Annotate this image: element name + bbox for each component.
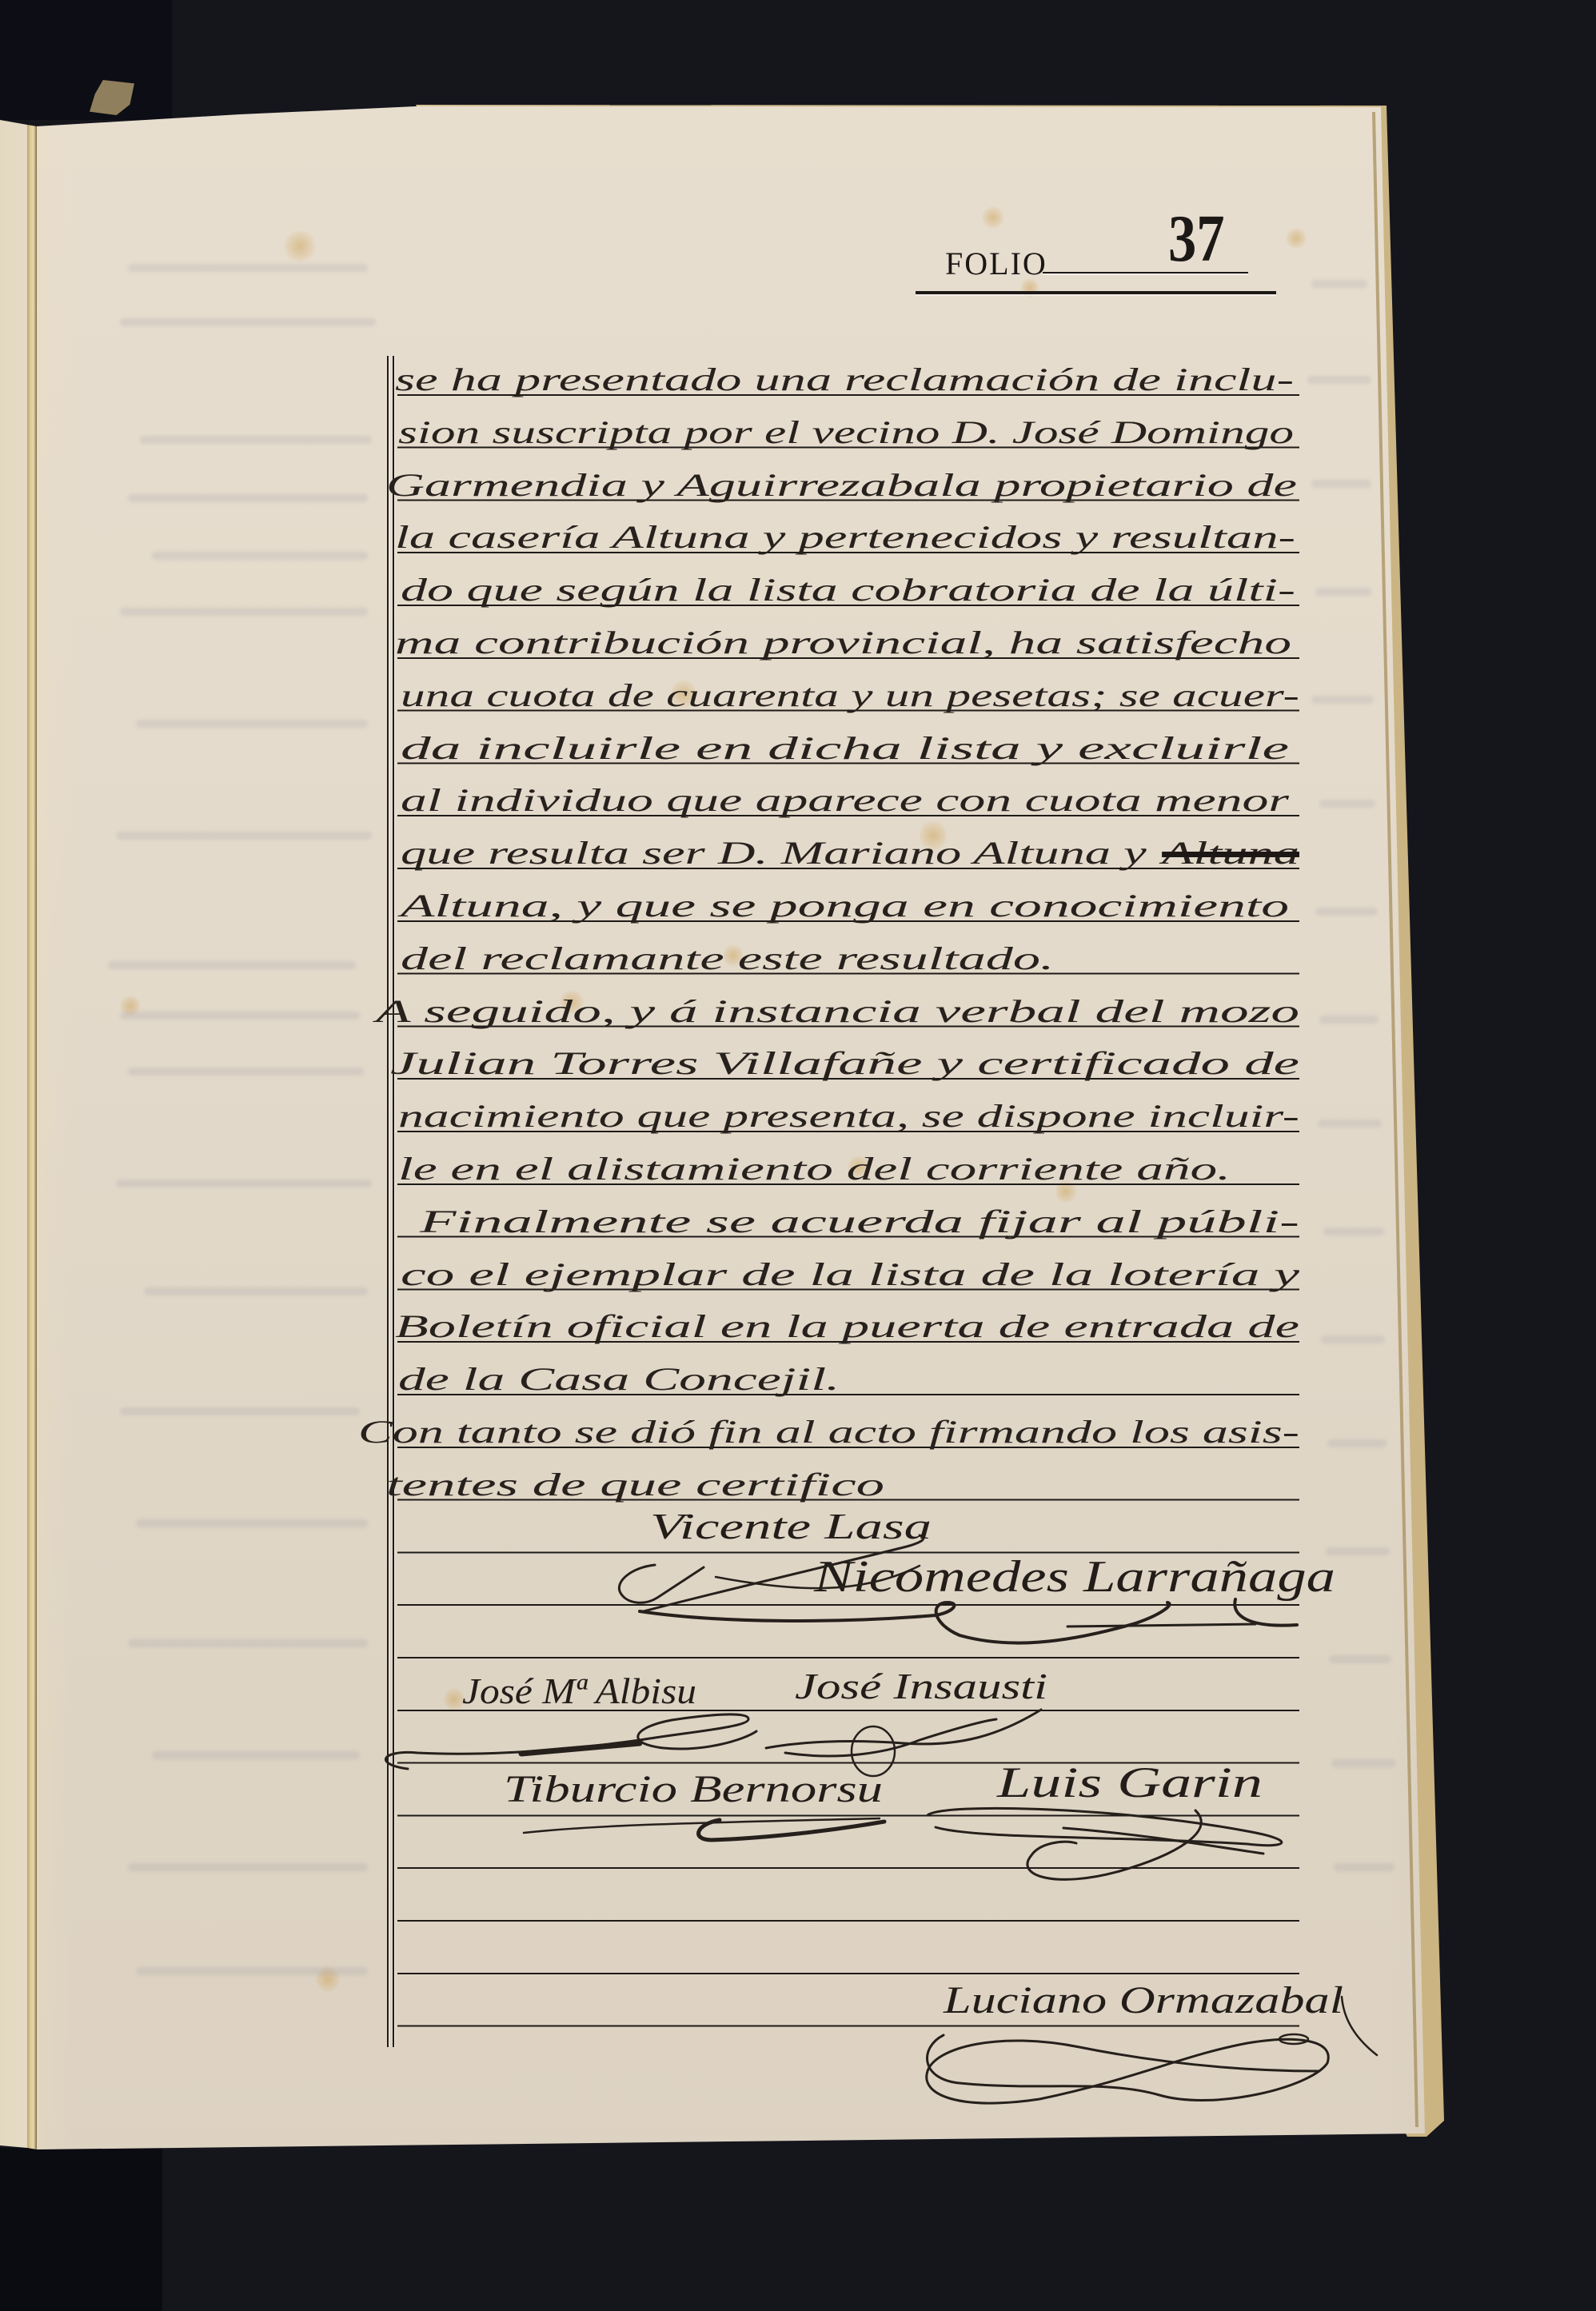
bleed-through-ink: [128, 1639, 368, 1647]
manuscript-line: nacimiento que presenta, se dispone incl…: [398, 1100, 1299, 1136]
manuscript-line-text: nacimiento que presenta, se dispone incl…: [398, 1098, 1299, 1134]
foxing-stain: [284, 230, 316, 262]
manuscript-line: ma contribución provincial, ha satisfech…: [395, 627, 1291, 662]
bleed-through-ink: [136, 1519, 368, 1527]
folio-number: 37: [1168, 206, 1225, 273]
signature: Luciano Ormazabal: [944, 1982, 1343, 2020]
bleed-through-ink: [1323, 1227, 1384, 1235]
manuscript-line: A seguido, y á instancia verbal del mozo: [376, 996, 1299, 1031]
bleed-through-ink: [1315, 588, 1371, 596]
manuscript-line-text: Altuna, y que se ponga en conocimiento: [401, 888, 1289, 924]
manuscript-line-text: que resulta ser D. Mariano Altuna y: [401, 835, 1147, 871]
bleed-through-ink: [1311, 280, 1367, 288]
bleed-through-ink: [1334, 1863, 1395, 1871]
bleed-through-ink: [1331, 1759, 1395, 1767]
manuscript-line: la casería Altuna y pertenecidos y resul…: [395, 521, 1295, 557]
manuscript-line: co el ejemplar de la lista de la lotería…: [401, 1259, 1299, 1294]
signature: Luis Garin: [997, 1761, 1263, 1804]
manuscript-line-text: una cuota de cuarenta y un pesetas; se a…: [401, 677, 1299, 713]
manuscript-line: Finalmente se acuerda fijar al públi-: [420, 1206, 1299, 1241]
bleed-through-ink: [1321, 1335, 1385, 1343]
manuscript-line-text: sion suscripta por el vecino D. José Dom…: [398, 414, 1294, 450]
manuscript-line-text: se ha presentado una reclamación de incl…: [395, 361, 1294, 397]
bleed-through-ink: [1318, 1120, 1382, 1128]
bleed-through-ink: [1319, 800, 1375, 808]
manuscript-line: se ha presentado una reclamación de incl…: [395, 364, 1294, 399]
bleed-through-ink: [1307, 376, 1371, 384]
bleed-through-ink: [128, 1863, 368, 1871]
signature: Tiburcio Bernorsu: [504, 1770, 883, 1809]
signature: José Mª Albisu: [462, 1673, 696, 1710]
bleed-through-ink: [1319, 1016, 1379, 1024]
foxing-stain: [982, 206, 1004, 229]
bleed-through-ink: [1326, 1547, 1390, 1555]
manuscript-line: do que según la lista cobratoria de la ú…: [401, 574, 1295, 609]
bleed-through-ink: [1315, 908, 1378, 916]
bleed-through-ink: [128, 494, 368, 502]
bleed-through-ink: [136, 1967, 368, 1975]
signature-name: Vicente Lasa: [650, 1506, 932, 1547]
bleed-through-ink: [144, 1287, 368, 1295]
bleed-through-ink: [120, 318, 376, 326]
manuscript-line-text: da incluirle en dicha lista y excluirle: [401, 730, 1289, 766]
manuscript-line: Con tanto se dió fin al acto firmando lo…: [358, 1416, 1299, 1451]
manuscript-line-text: co el ejemplar de la lista de la lotería…: [401, 1256, 1299, 1292]
manuscript-line-text: A seguido, y á instancia verbal del mozo: [376, 993, 1299, 1029]
signature-name: Tiburcio Bernorsu: [504, 1768, 883, 1810]
signature-name: Nicomedes Larrañaga: [814, 1552, 1335, 1602]
manuscript-line: del reclamante este resultado.: [401, 943, 1054, 978]
bleed-through-ink: [152, 552, 368, 560]
manuscript-line-text: ma contribución provincial, ha satisfech…: [395, 625, 1291, 661]
manuscript-line: Boletín oficial en la puerta de entrada …: [395, 1311, 1299, 1346]
signature-name: José Insausti: [795, 1666, 1047, 1706]
manuscript-line-text: Finalmente se acuerda fijar al públi-: [420, 1203, 1299, 1239]
bleed-through-ink: [1311, 480, 1371, 488]
struck-through-word: Altuna: [1162, 835, 1299, 871]
bleed-through-ink: [120, 1012, 360, 1020]
signature-name: Luis Garin: [997, 1758, 1263, 1806]
manuscript-line-text: Julian Torres Villafañe y certificado de: [390, 1045, 1299, 1081]
bleed-through-ink: [128, 264, 368, 272]
manuscript-line-text: Boletín oficial en la puerta de entrada …: [395, 1308, 1299, 1344]
bleed-through-ink: [1329, 1655, 1391, 1663]
manuscript-line: tentes de que certifico: [386, 1469, 884, 1504]
folio-underline: [1043, 272, 1248, 273]
manuscript-line: de la Casa Concejil.: [398, 1363, 840, 1399]
manuscript-line: al individuo que aparece con cuota menor: [401, 784, 1289, 820]
manuscript-line-text: Con tanto se dió fin al acto firmando lo…: [358, 1414, 1299, 1450]
scan-background: [0, 0, 172, 120]
manuscript-line: una cuota de cuarenta y un pesetas; se a…: [401, 680, 1299, 715]
bleed-through-ink: [1311, 696, 1374, 704]
manuscript-line-text: do que según la lista cobratoria de la ú…: [401, 572, 1295, 608]
manuscript-line-text: de la Casa Concejil.: [398, 1361, 840, 1397]
bleed-through-ink: [116, 1179, 372, 1187]
manuscript-line-text: le en el alistamiento del corriente año.: [398, 1151, 1231, 1187]
manuscript-line: da incluirle en dicha lista y excluirle: [401, 732, 1289, 768]
manuscript-line: sion suscripta por el vecino D. José Dom…: [398, 417, 1294, 452]
manuscript-line: que resulta ser D. Mariano Altuna yAltun…: [401, 837, 1299, 872]
bleed-through-ink: [136, 720, 368, 728]
bleed-through-ink: [152, 1751, 360, 1759]
bleed-through-ink: [120, 608, 368, 616]
manuscript-line: le en el alistamiento del corriente año.: [398, 1153, 1231, 1188]
scan-background: [0, 2148, 162, 2311]
manuscript-line: Julian Torres Villafañe y certificado de: [390, 1048, 1299, 1083]
bleed-through-ink: [116, 832, 372, 840]
manuscript-line-text: Garmendia y Aguirrezabala propietario de: [386, 467, 1297, 503]
margin-rule: [387, 356, 389, 2047]
bleed-through-ink: [140, 436, 372, 444]
foxing-stain: [1286, 228, 1307, 249]
bleed-through-ink: [1327, 1439, 1387, 1447]
signature: Nicomedes Larrañaga: [814, 1555, 1335, 1599]
manuscript-line: Altuna, y que se ponga en conocimiento: [401, 890, 1289, 925]
bleed-through-ink: [120, 1407, 360, 1415]
header-rule: [916, 291, 1276, 294]
signature: Vicente Lasa: [650, 1508, 932, 1545]
folio-label: FOLIO: [945, 248, 1047, 280]
bleed-through-ink: [108, 961, 356, 969]
manuscript-line-text: del reclamante este resultado.: [401, 940, 1054, 976]
manuscript-line-text: tentes de que certifico: [386, 1467, 884, 1503]
manuscript-line: Garmendia y Aguirrezabala propietario de: [386, 469, 1297, 505]
signature-name: José Mª Albisu: [462, 1670, 696, 1711]
signature-name: Luciano Ormazabal: [944, 1979, 1343, 2022]
signature: José Insausti: [795, 1668, 1047, 1705]
manuscript-line-text: al individuo que aparece con cuota menor: [401, 782, 1289, 818]
bleed-through-ink: [128, 1068, 364, 1076]
manuscript-line-text: la casería Altuna y pertenecidos y resul…: [395, 519, 1295, 555]
margin-rule: [393, 356, 394, 2047]
